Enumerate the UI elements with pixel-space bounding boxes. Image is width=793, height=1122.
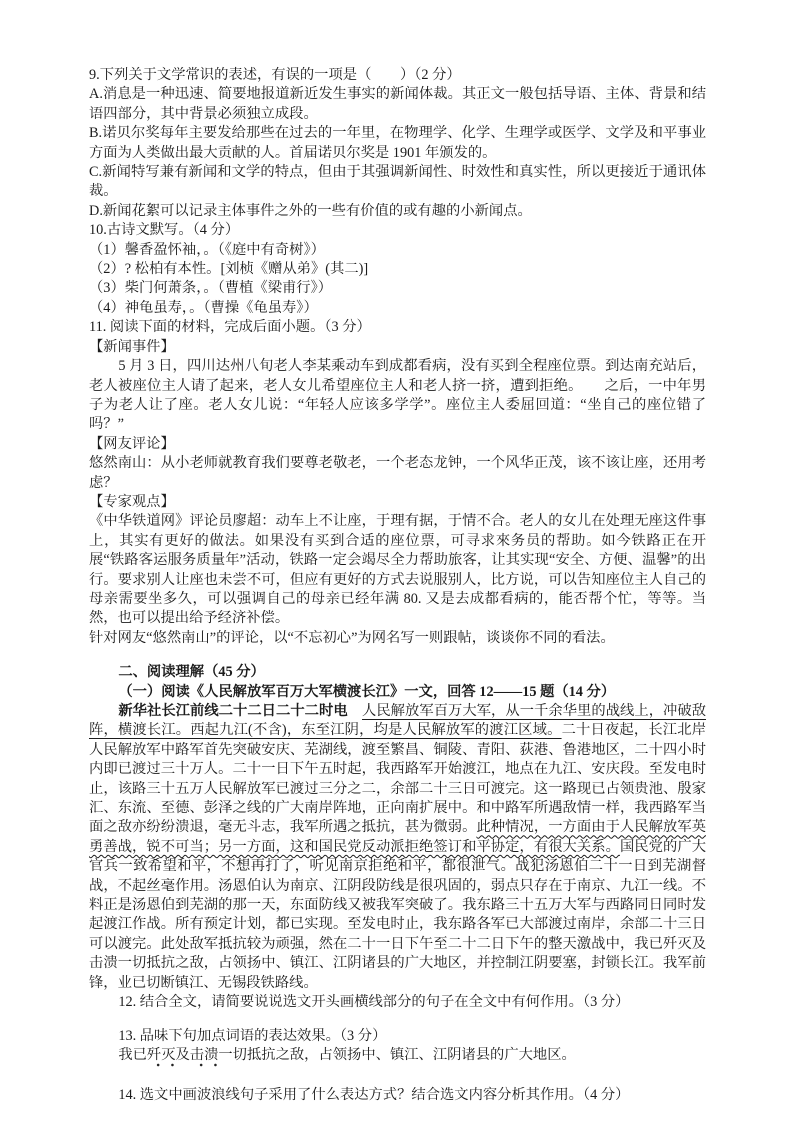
news-event-text: 5 月 3 日，四川达州八旬老人李某乘动车到成都看病，没有买到全程座位票。到达南…: [89, 357, 706, 435]
question-9-option-b: B.诺贝尔奖每年主要发给那些在过去的一年里，在物理学、化学、生理学或医学、文学及…: [89, 124, 706, 163]
question-10-item-3: （3）柴门何萧条，。（曹植《梁甫行》）: [89, 279, 706, 298]
passage-body-2: 国民党的广大官兵一致希望和平，不想再打了，听见南京拒绝和平，都很泄气。战犯汤恩伯…: [89, 839, 706, 991]
q13-sentence-part-1: 我已: [118, 1047, 147, 1063]
netizen-comment-text: 悠然南山：从小老师就教育我们要尊老敬老，一个老态龙钟，一个风华正茂，该不该让座，…: [89, 454, 706, 493]
news-event-label: 【新闻事件】: [89, 338, 706, 357]
reading-passage: 新华社长江前线二十二日二十二时电 人民解放军百万大军，从一千余华里的战线上，冲破…: [89, 702, 706, 993]
question-9-option-d: D.新闻花絮可以记录主体事件之外的一些有价值的或有趣的小新闻点。: [89, 202, 706, 221]
question-10-item-1: （1）馨香盈怀袖，。（《庭中有奇树》）: [89, 241, 706, 260]
question-12: 12. 结合全文，请简要说说选文开头画横线部分的句子在全文中有何作用。（3 分）: [89, 993, 706, 1012]
q13-sentence-part-3: 一切抵抗之敌，占领扬中、镇江、江阴诸县的广大地区。: [218, 1047, 575, 1063]
passage-dateline: 新华社长江前线二十二日二十二时电: [118, 703, 362, 719]
question-10-stem: 10.古诗文默写。（4 分）: [89, 221, 706, 240]
question-9-stem: 9.下列关于文学常识的表述，有误的一项是（ ）（2 分）: [89, 66, 706, 85]
question-9-option-c: C.新闻特写兼有新闻和文学的特点，但由于其强调新闻性、时效性和真实性，所以更接近…: [89, 163, 706, 202]
exam-text-block: 9.下列关于文学常识的表述，有误的一项是（ ）（2 分） A.消息是一种迅速、简…: [89, 66, 706, 1106]
question-11-task: 针对网友“悠然南山”的评论，以“不忘初心”为网名写一则跟帖，谈谈你不同的看法。: [89, 629, 706, 648]
question-9-option-a: A.消息是一种迅速、简要地报道新近发生事实的新闻体裁。其正文一般包括导语、主体、…: [89, 85, 706, 124]
question-14: 14. 选文中画波浪线句子采用了什么表达方式？结合选文内容分析其作用。（4 分）: [89, 1086, 706, 1105]
section-2-title: 二、阅读理解（45 分）: [89, 663, 706, 682]
q13-emphasized-word-2: 击溃: [190, 1047, 219, 1067]
question-13: 13. 品味下句加点词语的表达效果。（3 分）: [89, 1027, 706, 1046]
question-10-item-2: （2）? 松柏有本性。[刘桢《赠从弟》(其二)]: [89, 260, 706, 279]
exam-page: 9.下列关于文学常识的表述，有误的一项是（ ）（2 分） A.消息是一种迅速、简…: [0, 0, 793, 1122]
q13-sentence-part-2: 及: [176, 1047, 190, 1063]
expert-view-text: 《中华铁道网》评论员廖超：动车上不让座，于理有据，于情不合。老人的女儿在处理无座…: [89, 512, 706, 628]
q13-emphasized-word-1: 歼灭: [147, 1047, 176, 1067]
section-2-subtitle: （一）阅读《人民解放军百万大军横渡长江》一文，回答 12——15 题（14 分）: [89, 683, 706, 702]
netizen-comment-label: 【网友评论】: [89, 435, 706, 454]
question-10-item-4: （4）神龟虽寿，。（曹操《龟虽寿》）: [89, 299, 706, 318]
question-13-sentence: 我已歼灭及击溃一切抵抗之敌，占领扬中、镇江、江阴诸县的广大地区。: [89, 1046, 706, 1065]
question-11-stem: 11. 阅读下面的材料，完成后面小题。（3 分）: [89, 318, 706, 337]
expert-view-label: 【专家观点】: [89, 493, 706, 512]
